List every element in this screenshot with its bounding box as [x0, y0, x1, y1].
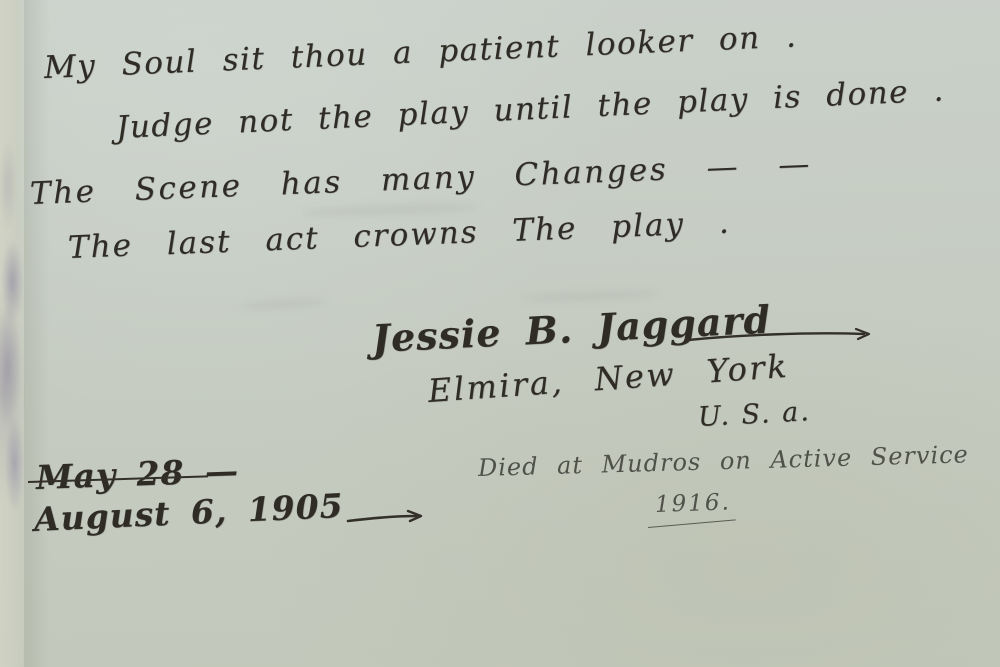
autograph-album-page: My Soul sit thou a patient looker on . J… — [0, 0, 1000, 667]
violet-ink-smudge — [0, 240, 40, 520]
show-through-mark — [520, 290, 660, 303]
poem-line-2: Judge not the play until the play is don… — [115, 72, 945, 146]
struck-date: May 28 — — [35, 451, 239, 497]
memorial-year: 1916. — [655, 489, 732, 518]
poem-line-3: The Scene has many Changes — — — [29, 146, 812, 212]
show-through-mark — [240, 298, 330, 311]
signature-flourish-arrow — [688, 326, 878, 346]
memorial-note: Died at Mudros on Active Service — [478, 440, 970, 482]
date-flourish-arrow — [348, 508, 428, 526]
poem-line-1: My Soul sit thou a patient looker on . — [43, 18, 798, 86]
signature-country: U. S. a. — [697, 396, 811, 433]
memorial-year-underline — [648, 519, 736, 528]
violet-ink-smudge-faint — [0, 120, 26, 250]
